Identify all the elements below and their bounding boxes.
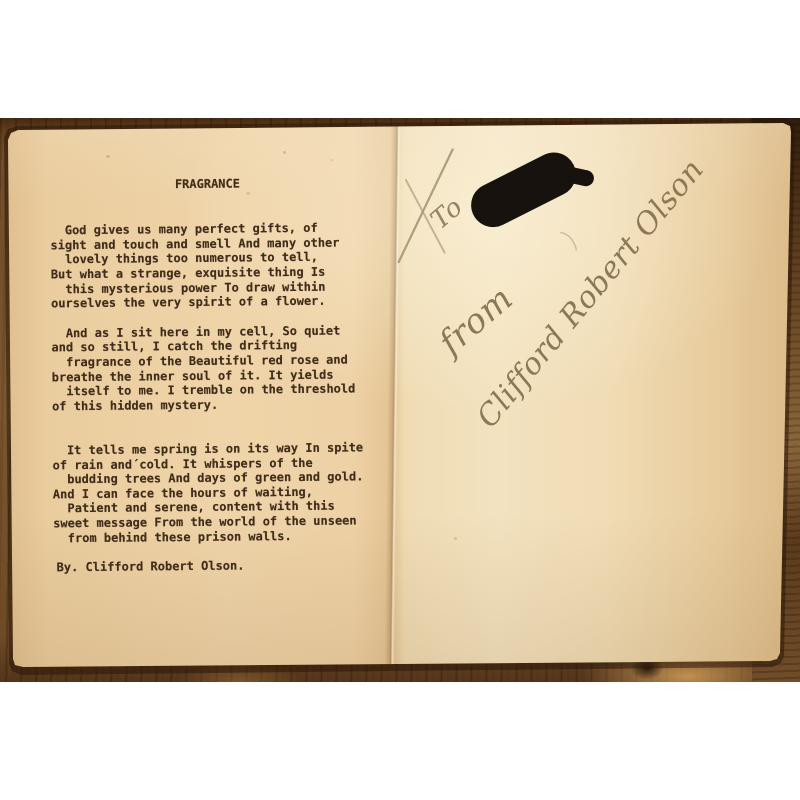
faint-pen-mark (560, 232, 576, 250)
greeting-card: FRAGRANCE God gives us many perfect gift… (0, 118, 800, 682)
redaction-mark (493, 168, 586, 205)
photo-of-card-on-table: FRAGRANCE God gives us many perfect gift… (0, 118, 800, 682)
card-right-page: To from Clifford Robert Olson (0, 118, 800, 682)
page-background: FRAGRANCE God gives us many perfect gift… (0, 0, 800, 800)
